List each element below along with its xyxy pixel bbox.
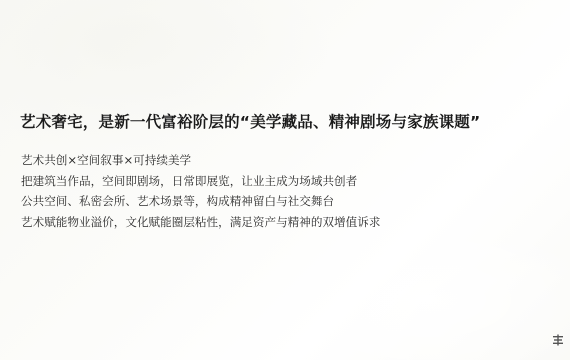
key-points-list: 艺术共创×空间叙事×可持续美学 把建筑当作品，空间即剧场，日常即展览，让业主成为… xyxy=(21,150,380,232)
key-point: 艺术赋能物业溢价，文化赋能圈层粘性，满足资产与精神的双增值诉求 xyxy=(21,212,380,233)
slide-title: 艺术奢宅，是新一代富裕阶层的“美学藏品、精神剧场与家族课题” xyxy=(20,110,480,132)
key-point: 艺术共创×空间叙事×可持续美学 xyxy=(21,150,380,171)
logo-glyph-icon xyxy=(552,331,564,343)
slide: 艺术奢宅，是新一代富裕阶层的“美学藏品、精神剧场与家族课题” 艺术共创×空间叙事… xyxy=(0,0,570,360)
key-point: 把建筑当作品，空间即剧场，日常即展览，让业主成为场域共创者 xyxy=(21,171,380,192)
key-point: 公共空间、私密会所、艺术场景等，构成精神留白与社交舞台 xyxy=(21,191,380,212)
